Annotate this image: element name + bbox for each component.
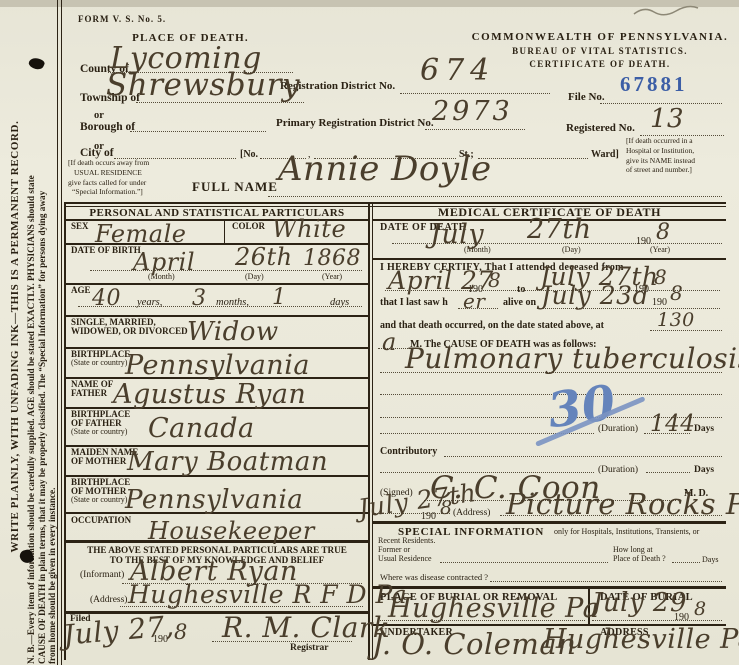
last-saw-year-digit: 8 bbox=[670, 283, 683, 303]
file-no-label: File No. bbox=[568, 91, 605, 103]
dod-month-value: July bbox=[430, 221, 484, 248]
alive-on-text: alive on bbox=[503, 297, 536, 308]
signed-year-digit: 8 bbox=[440, 499, 453, 518]
age-years-value: 40 bbox=[92, 288, 121, 310]
occupation-label: OCCUPATION bbox=[71, 516, 131, 526]
days3-word: Days bbox=[702, 556, 718, 565]
cell-divider bbox=[224, 220, 225, 243]
death-occurred-text: and that death occurred, on the date sta… bbox=[380, 320, 604, 331]
attended-to-year-digit: 8 bbox=[654, 267, 667, 287]
age-months-value: 3 bbox=[192, 288, 207, 310]
nb-note-line2: CAUSE OF DEATH in plain terms, that it m… bbox=[37, 7, 48, 664]
borough-line bbox=[130, 131, 266, 132]
days-word: Days bbox=[694, 424, 714, 434]
contributory-line bbox=[444, 456, 722, 457]
father-name-label: FATHER bbox=[71, 389, 107, 399]
hospital-note-line: [If death occurred in a bbox=[626, 136, 695, 146]
or-word: or bbox=[94, 110, 104, 122]
father-birthplace-value: Canada bbox=[148, 415, 255, 442]
margin-rule bbox=[57, 0, 58, 665]
registration-district-value: 674 bbox=[420, 56, 495, 86]
sex-label: SEX bbox=[71, 222, 89, 232]
primary-registration-value: 2973 bbox=[432, 98, 513, 125]
table-top-rule bbox=[64, 202, 726, 204]
ward-line bbox=[478, 158, 588, 159]
duration-value: 144 bbox=[650, 413, 695, 436]
dob-month-value: April bbox=[133, 250, 195, 274]
nb-note-line3: from home should be given in every insta… bbox=[47, 7, 58, 664]
filed-year-digit: 8 bbox=[174, 622, 188, 643]
usual-residence-note: [If death occurs away from USUAL RESIDEN… bbox=[68, 158, 149, 197]
usual-residence-note-line: “Special Information.”] bbox=[68, 187, 149, 197]
father-name-value: Agustus Ryan bbox=[113, 381, 306, 408]
city-line bbox=[114, 158, 236, 159]
street-no-bracket: [No. bbox=[240, 149, 258, 160]
binding-margin-text: MARGIN RESERVED FOR BINDING bbox=[0, 12, 1, 662]
days2-word: Days bbox=[694, 465, 714, 475]
burial-date-line bbox=[592, 620, 722, 621]
hospital-note-line: of street and number.] bbox=[626, 165, 695, 175]
registered-no-label: Registered No. bbox=[566, 122, 635, 134]
date-of-burial-value: July 29 bbox=[592, 590, 687, 616]
printed-190: 190 bbox=[652, 297, 667, 308]
state-or-country-caption: (State or country) bbox=[71, 359, 127, 368]
signed-address-value: Picture Rocks Pa bbox=[506, 490, 739, 519]
registered-no-line bbox=[640, 135, 724, 136]
nb-note-line1: N. B.—Every item of information should b… bbox=[26, 7, 37, 664]
marital-label: WIDOWED, OR DIVORCED bbox=[71, 327, 188, 337]
dod-day-value: 27th bbox=[527, 216, 592, 243]
full-name-value: Annie Doyle bbox=[278, 152, 492, 186]
scan-top-edge bbox=[0, 0, 739, 7]
state-or-country-caption: (State or country) bbox=[71, 428, 127, 437]
hospital-note-line: Hospital or Institution, bbox=[626, 146, 695, 156]
informant-address-label: (Address) bbox=[90, 595, 127, 605]
marital-value: Widow bbox=[187, 319, 279, 345]
registration-district-line bbox=[400, 93, 550, 94]
table-top-rule bbox=[64, 206, 726, 207]
primary-registration-line bbox=[425, 129, 525, 130]
mother-name-value: Mary Boatman bbox=[127, 449, 328, 475]
primary-registration-label: Primary Registration District No. bbox=[276, 117, 434, 129]
township-value: Shrewsbury bbox=[106, 70, 300, 101]
section-rule-thick bbox=[373, 521, 726, 524]
how-long-label: Place of Death ? bbox=[613, 555, 666, 564]
pencil-mark bbox=[632, 4, 702, 20]
usual-residence-note-line: USUAL RESIDENCE bbox=[68, 168, 149, 178]
year-caption: (Year) bbox=[650, 246, 670, 255]
ward-label: Ward] bbox=[591, 149, 619, 160]
attestation-text: THE ABOVE STATED PERSONAL PARTICULARS AR… bbox=[66, 545, 368, 555]
row-rule bbox=[64, 347, 370, 349]
death-time-value: 130 bbox=[657, 311, 695, 330]
informant-address-value: Hughesville R F D Pa bbox=[128, 582, 407, 607]
special-information-text: only for Hospitals, Institutions, Transi… bbox=[554, 528, 699, 537]
registrar-signature: R. M. Clark bbox=[222, 614, 390, 642]
usual-residence-note-line: [If death occurs away from bbox=[68, 158, 149, 168]
registrar-label: Registrar bbox=[290, 643, 329, 653]
registered-no-value: 13 bbox=[650, 106, 684, 132]
burial-year-digit: 8 bbox=[694, 600, 707, 619]
cause-of-death-value: Pulmonary tuberculosis bbox=[405, 345, 739, 373]
duration2-label: (Duration) bbox=[598, 465, 638, 475]
occupation-value: Housekeeper bbox=[148, 519, 315, 543]
day-caption: (Day) bbox=[562, 246, 581, 255]
color-value: White bbox=[272, 217, 346, 241]
hospital-note: [If death occurred in a Hospital or Inst… bbox=[626, 136, 695, 175]
nb-note: N. B.—Every item of information should b… bbox=[26, 7, 58, 664]
full-name-line bbox=[268, 196, 722, 197]
row-rule bbox=[373, 258, 726, 260]
day-caption: (Day) bbox=[245, 273, 264, 282]
table-left-rule bbox=[64, 202, 66, 660]
mother-name-label: OF MOTHER bbox=[71, 457, 126, 467]
place-of-burial-value: Hughesville Pa bbox=[388, 595, 599, 622]
am-value: a bbox=[382, 330, 397, 354]
her-value: er bbox=[463, 291, 485, 311]
form-number: FORM V. S. No. 5. bbox=[78, 15, 166, 25]
age-days-value: 1 bbox=[272, 287, 287, 309]
write-plainly-note: WRITE PLAINLY, WITH UNFADING INK—THIS IS… bbox=[9, 10, 21, 663]
informant-label: (Informant) bbox=[80, 570, 124, 580]
dob-year-value: 1868 bbox=[303, 248, 361, 270]
last-saw-date: July 23d bbox=[541, 283, 649, 308]
signed-address-label: (Address) bbox=[453, 508, 490, 518]
how-long-line bbox=[672, 562, 700, 563]
duration2-line bbox=[646, 472, 690, 473]
printed-190: 190 bbox=[636, 236, 651, 247]
attended-from-year-digit: 8 bbox=[488, 270, 501, 290]
margin-rule bbox=[61, 0, 62, 665]
disease-contracted-line bbox=[490, 581, 722, 582]
contributory-label: Contributory bbox=[380, 446, 437, 457]
dod-year-digit: 8 bbox=[656, 222, 671, 244]
former-residence-label: Usual Residence bbox=[378, 555, 432, 564]
dob-day-value: 26th bbox=[235, 245, 293, 269]
age-label: AGE bbox=[71, 286, 91, 296]
commonwealth-heading: COMMONWEALTH OF PENNSYLVANIA. bbox=[430, 31, 739, 43]
former-residence-line bbox=[440, 562, 608, 563]
full-name-label: FULL NAME bbox=[192, 180, 278, 194]
sex-value: Female bbox=[95, 222, 187, 246]
file-no-stamp: 67881 bbox=[620, 72, 688, 97]
birthplace-value: Pennsylvania bbox=[125, 352, 310, 379]
hospital-note-line: give its NAME instead bbox=[626, 156, 695, 166]
mother-birthplace-value: Pennsylvania bbox=[125, 487, 303, 513]
death-certificate-scan: MARGIN RESERVED FOR BINDING WRITE PLAINL… bbox=[0, 0, 739, 665]
last-saw-text: that I last saw h bbox=[380, 297, 448, 308]
usual-residence-note-line: give facts called for under bbox=[68, 178, 149, 188]
undertaker-address-value: Hughesville Pa. bbox=[543, 626, 739, 653]
year-caption: (Year) bbox=[322, 273, 342, 282]
row-rule bbox=[64, 283, 370, 285]
borough-label: Borough of bbox=[80, 121, 135, 134]
color-label: COLOR bbox=[232, 222, 265, 232]
state-or-country-caption: (State or country) bbox=[71, 496, 127, 505]
